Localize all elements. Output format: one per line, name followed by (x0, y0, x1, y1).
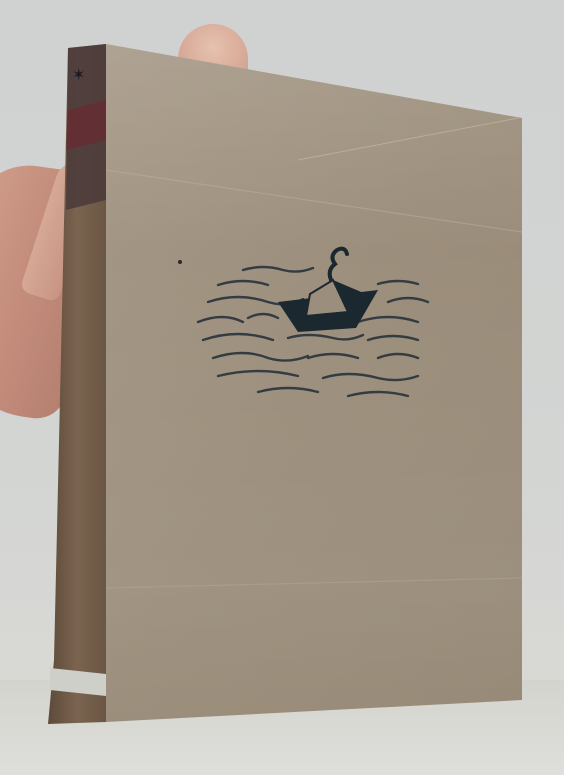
book: ✶ (48, 40, 528, 730)
svg-text:✶: ✶ (72, 65, 85, 84)
book-drawing: ✶ (48, 40, 528, 730)
